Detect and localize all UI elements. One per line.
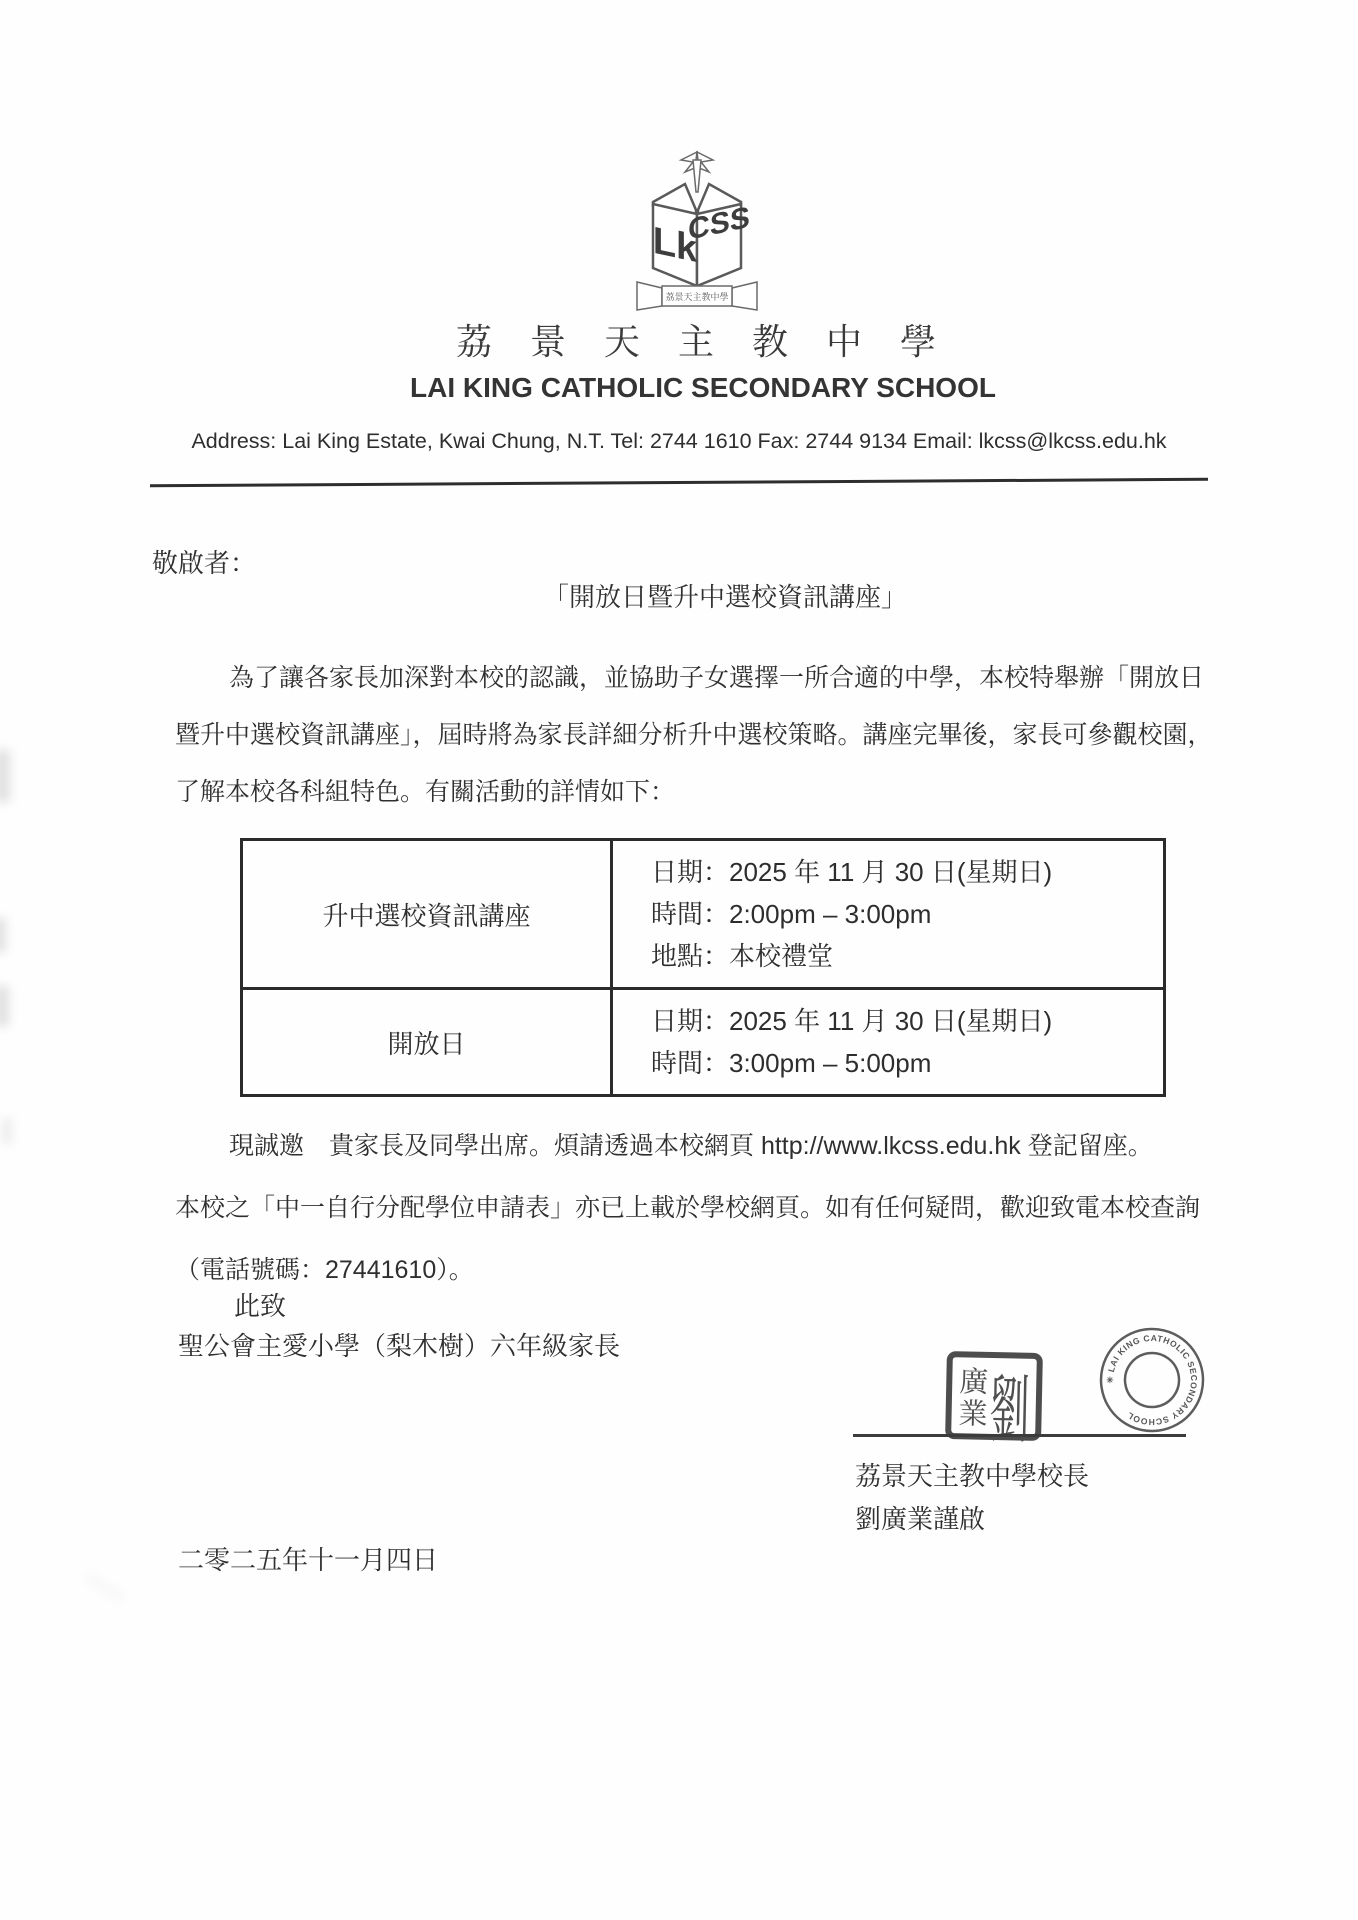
stamp-ring-text: ✳ LAI KING CATHOLIC SECONDARY SCHOOL [1099, 1327, 1205, 1433]
paragraph-line: 暨升中選校資訊講座」，屆時將為家長詳細分析升中選校策略。講座完畢後，家長可參觀校… [175, 715, 1213, 751]
paragraph-line: 本校之「中一自行分配學位申請表」亦已上載於學校網頁。如有任何疑問，歡迎致電本校查… [175, 1188, 1200, 1224]
school-crest-logo: Lk CSS 荔景天主教中學 [612, 146, 782, 314]
letterhead-divider-rule [150, 478, 1208, 487]
paragraph-line: 為了讓各家長加深對本校的認識，並協助子女選擇一所合適的中學，本校特舉辦「開放日 [175, 658, 1204, 694]
scan-smudge [2, 1118, 12, 1144]
event-details-cell: 日期：2025 年 11 月 30 日(星期日) 時間：2:00pm – 3:0… [612, 840, 1165, 989]
detail-date-line: 日期：2025 年 11 月 30 日(星期日) [651, 1000, 1153, 1042]
paragraph-line: 了解本校各科組特色。有關活動的詳情如下： [175, 772, 675, 808]
event-name-cell: 開放日 [242, 989, 612, 1096]
salutation: 敬啟者： [152, 543, 256, 580]
scan-smudge [0, 986, 9, 1026]
event-name-cell: 升中選校資訊講座 [242, 840, 612, 989]
svg-text:✳ LAI KING CATHOLIC SECONDARY: ✳ LAI KING CATHOLIC SECONDARY SCHOOL [1099, 1327, 1205, 1433]
school-name-english: LAI KING CATHOLIC SECONDARY SCHOOL [24, 372, 1358, 404]
principal-seal-stamp: 劉 廣 業 [945, 1351, 1043, 1441]
scan-smudge [86, 1575, 124, 1601]
date-line: 二零二五年十一月四日 [178, 1540, 438, 1577]
school-name-chinese: 荔 景 天 主 教 中 學 [24, 314, 1358, 365]
signer-title: 荔景天主教中學校長 [855, 1456, 1089, 1493]
signature-line [853, 1434, 1186, 1437]
logo-banner-text: 荔景天主教中學 [665, 291, 728, 302]
signer-name: 劉廣業謹啟 [855, 1499, 985, 1536]
round-stamp-svg: ✳ LAI KING CATHOLIC SECONDARY SCHOOL [1096, 1326, 1208, 1434]
detail-time-line: 時間：2:00pm – 3:00pm [651, 893, 1153, 935]
seal-char-bottom: 業 [958, 1391, 988, 1433]
recipient-line: 聖公會主愛小學（梨木樹）六年級家長 [178, 1326, 620, 1363]
table-row-openday: 開放日 日期：2025 年 11 月 30 日(星期日) 時間：3:00pm –… [242, 989, 1165, 1096]
school-crest-svg: Lk CSS 荔景天主教中學 [612, 146, 782, 314]
detail-date-line: 日期：2025 年 11 月 30 日(星期日) [651, 851, 1153, 893]
table-row-seminar: 升中選校資訊講座 日期：2025 年 11 月 30 日(星期日) 時間：2:0… [242, 840, 1165, 989]
subject-title: 「開放日暨升中選校資訊講座」 [46, 577, 1358, 614]
event-details-cell: 日期：2025 年 11 月 30 日(星期日) 時間：3:00pm – 5:0… [612, 989, 1165, 1096]
scan-smudge [0, 750, 10, 802]
paragraph-line: （電話號碼：27441610）。 [175, 1250, 474, 1286]
paragraph-line: 現誠邀 貴家長及同學出席。煩請透過本校網頁 http://www.lkcss.e… [175, 1126, 1153, 1162]
events-table: 升中選校資訊講座 日期：2025 年 11 月 30 日(星期日) 時間：2:0… [240, 838, 1166, 1097]
scan-smudge [0, 918, 6, 952]
detail-time-line: 時間：3:00pm – 5:00pm [651, 1042, 1153, 1084]
closing-phrase: 此致 [234, 1286, 286, 1323]
seal-char-surname: 劉 [989, 1352, 1031, 1458]
school-round-stamp: ✳ LAI KING CATHOLIC SECONDARY SCHOOL [1096, 1326, 1208, 1434]
address-line: Address: Lai King Estate, Kwai Chung, N.… [0, 429, 1358, 454]
scanned-letter-page: Lk CSS 荔景天主教中學 荔 景 天 主 教 中 學 LAI KING CA… [0, 0, 1358, 1920]
detail-venue-line: 地點：本校禮堂 [651, 935, 1153, 977]
